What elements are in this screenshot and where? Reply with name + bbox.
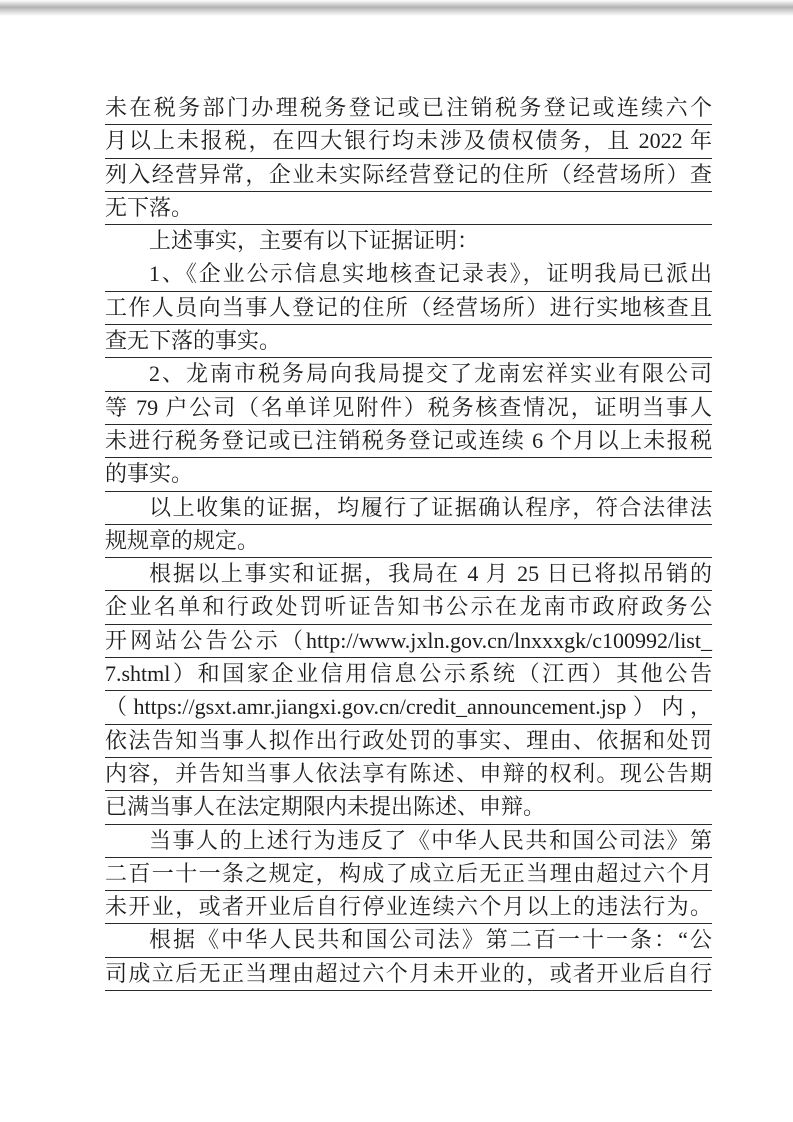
text-line: 二百一十一条之规定，构成了成立后无正当理由超过六个月 <box>105 858 712 891</box>
text-line: 企业名单和行政处罚听证告知书公示在龙南市政府政务公 <box>105 591 712 624</box>
text-line: 查无下落的事实。 <box>105 325 712 358</box>
text-line: 1、《企业公示信息实地核查记录表》，证明我局已派出 <box>105 258 712 291</box>
text-line: 的事实。 <box>105 458 712 491</box>
text-line: 未开业，或者开业后自行停业连续六个月以上的违法行为。 <box>105 891 712 924</box>
document-page: 未在税务部门办理税务登记或已注销税务登记或连续六个月以上未报税，在四大银行均未涉… <box>0 0 793 1122</box>
text-line: 工作人员向当事人登记的住所（经营场所）进行实地核查且 <box>105 292 712 325</box>
text-line: 已满当事人在法定期限内未提出陈述、申辩。 <box>105 791 712 824</box>
text-line: 无下落。 <box>105 192 712 225</box>
text-line: 内容，并告知当事人依法享有陈述、申辩的权利。现公告期 <box>105 758 712 791</box>
text-line: 开网站公告公示（http://www.jxln.gov.cn/lnxxxgk/c… <box>105 625 712 658</box>
text-line: 未在税务部门办理税务登记或已注销税务登记或连续六个 <box>105 92 712 125</box>
text-line: （https://gsxt.amr.jiangxi.gov.cn/credit_… <box>105 691 712 724</box>
text-line: 依法告知当事人拟作出行政处罚的事实、理由、依据和处罚 <box>105 725 712 758</box>
text-line: 2、龙南市税务局向我局提交了龙南宏祥实业有限公司 <box>105 358 712 391</box>
text-line: 以上收集的证据，均履行了证据确认程序，符合法律法 <box>105 492 712 525</box>
text-line: 当事人的上述行为违反了《中华人民共和国公司法》第 <box>105 825 712 858</box>
text-line: 月以上未报税，在四大银行均未涉及债权债务，且 2022 年 <box>105 125 712 158</box>
text-line: 等 79 户公司（名单详见附件）税务核查情况，证明当事人 <box>105 392 712 425</box>
text-line: 规规章的规定。 <box>105 525 712 558</box>
text-line: 列入经营异常，企业未实际经营登记的住所（经营场所）查 <box>105 159 712 192</box>
scan-edge-artifact <box>0 0 793 16</box>
text-line: 7.shtml）和国家企业信用信息公示系统（江西）其他公告 <box>105 658 712 691</box>
text-line: 上述事实，主要有以下证据证明： <box>105 225 712 258</box>
text-line: 未进行税务登记或已注销税务登记或连续 6 个月以上未报税 <box>105 425 712 458</box>
text-line: 根据《中华人民共和国公司法》第二百一十一条：“公 <box>105 924 712 957</box>
text-line: 根据以上事实和证据，我局在 4 月 25 日已将拟吊销的 <box>105 558 712 591</box>
text-line: 司成立后无正当理由超过六个月未开业的，或者开业后自行 <box>105 958 712 991</box>
document-text-block: 未在税务部门办理税务登记或已注销税务登记或连续六个月以上未报税，在四大银行均未涉… <box>105 92 712 991</box>
